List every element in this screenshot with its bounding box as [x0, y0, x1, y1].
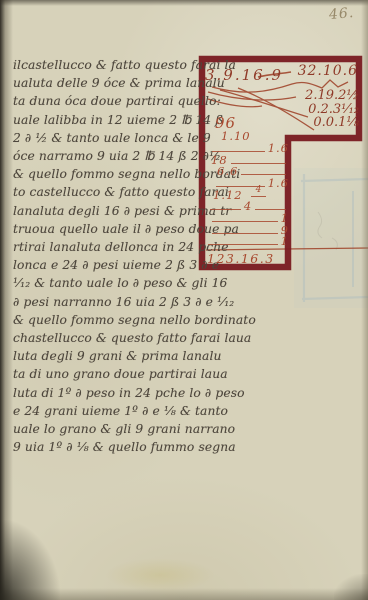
- diagram-working-column: 961.101.6186.61.61.1244191: [205, 118, 289, 248]
- manuscript-line: 9 uia 1º ∂ ⅛ & quello fummo segna: [13, 438, 211, 456]
- manuscript-line: truoua quello uale il ∂ peso doue pa: [13, 220, 211, 238]
- manuscript-line: lanaluta degli 16 ∂ pesi & prima tr: [13, 202, 211, 220]
- manuscript-line: ∂ pesi narranno 16 uia 2 ß 3 ∂ e ¹⁄₁₂: [13, 293, 211, 311]
- manuscript-line: e 24 grani uieme 1º ∂ e ⅛ & tanto: [13, 402, 211, 420]
- leader-line: [212, 221, 278, 222]
- diagram-row-value: 4: [244, 201, 252, 213]
- diagram-row-value: 1.6: [268, 178, 289, 190]
- manuscript-line: luta di 1º ∂ peso in 24 pche lo ∂ peso: [13, 384, 211, 402]
- manuscript-line: ualuta delle 9 óce & prima lanalu: [13, 74, 211, 92]
- diagram-row: 4: [205, 201, 289, 213]
- leader-line: [210, 209, 241, 210]
- diagram-row-value: 1: [281, 236, 289, 248]
- verso-bleedthrough-wash: [294, 168, 368, 308]
- diagram-row-value: 1.10: [221, 131, 251, 143]
- parchment-stain: [105, 558, 215, 592]
- manuscript-line: lonca e 24 ∂ pesi uieme 2 ß 3 ∂ e: [13, 256, 211, 274]
- diagram-row-value: 1.12: [213, 190, 243, 202]
- diagram-row: 1: [205, 236, 289, 248]
- leader-line: [212, 151, 265, 152]
- manuscript-line: 2 ∂ ½ & tanto uale lonca & le 9: [13, 129, 211, 147]
- diagram-row-value: 1.6: [268, 143, 289, 155]
- manuscript-line: óce narramo 9 uia 2 ℔ 14 ß 2 ∂½: [13, 147, 211, 165]
- manuscript-line: ta duna óca doue partirai quello:: [13, 92, 211, 110]
- diagram-row: 9: [205, 225, 289, 237]
- diagram-result-grani: 0.0.1⅛: [299, 115, 359, 130]
- folio-number: 46.: [328, 5, 355, 23]
- manuscript-line: rtirai lanaluta dellonca in 24 pche: [13, 238, 211, 256]
- page-edge-left: [0, 0, 13, 600]
- diagram-operand-value: 3.9.16.9: [205, 66, 283, 84]
- manuscript-line: ilcastellucco & fatto questo farai la: [13, 56, 211, 74]
- diagram-row: 1: [205, 213, 289, 225]
- manuscript-line: to castellucco & fatto questo farai: [13, 183, 211, 201]
- leader-line: [208, 244, 278, 245]
- manuscript-line: ¹⁄₁₂ & tanto uale lo ∂ peso & gli 16: [13, 274, 211, 292]
- diagram-row-value: 6.6: [217, 166, 238, 178]
- diagram-superscript-fraction: 4: [251, 186, 267, 197]
- page-corner-shadow-br: [334, 574, 368, 600]
- manuscript-line: & quello fommo segna nello bordinato: [13, 311, 211, 329]
- manuscript-line: uale lo grano & gli 9 grani narrano: [13, 420, 211, 438]
- diagram-result-once: 2.19.2½: [293, 88, 359, 103]
- manuscript-line: uale lalibba in 12 uieme 2 ℔ 14 ß: [13, 111, 211, 129]
- manuscript-line: luta degli 9 grani & prima lanalu: [13, 347, 211, 365]
- diagram-total-value: 123.16.3: [207, 251, 275, 266]
- leader-line: [212, 233, 278, 234]
- manuscript-page: 46. ilcastellucco & fatto questo farai l…: [0, 0, 368, 600]
- page-edge-right: [361, 0, 368, 600]
- page-edge-top: [0, 0, 368, 6]
- manuscript-line: chastellucco & questo fatto farai laua: [13, 329, 211, 347]
- manuscript-text-block: ilcastellucco & fatto questo farai laual…: [13, 56, 211, 456]
- manuscript-line: ta di uno grano doue partirai laua: [13, 365, 211, 383]
- leader-line: [231, 163, 286, 164]
- diagram-result-total: 32.10.6: [286, 63, 358, 79]
- manuscript-line: & quello fommo segna nello bordati: [13, 165, 211, 183]
- page-corner-shadow-bl: [0, 520, 60, 600]
